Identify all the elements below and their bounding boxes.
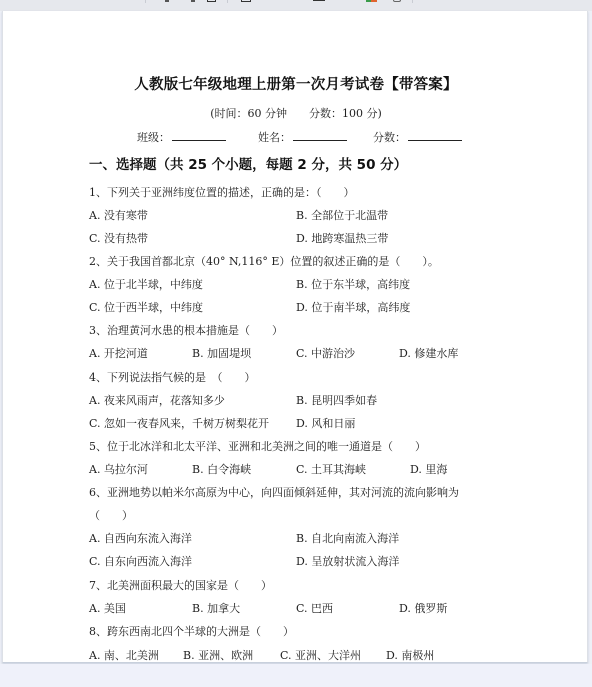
question-3-stem: 3、治理黄河水患的根本措施是（ ） [89,322,283,338]
question-5-option-d: D. 里海 [410,461,447,477]
class-field: 班级： [137,129,226,145]
name-blank [293,129,347,141]
question-8-stem: 8、跨东西南北四个半球的大洲是（ ） [89,623,294,639]
question-5-option-a: A. 乌拉尔河 [89,461,148,477]
class-label: 班级： [137,129,170,145]
toolbar-divider [412,0,413,3]
question-1-option-b: B. 全部位于北温带 [296,207,388,223]
question-4-option-b: B. 昆明四季如春 [296,392,377,408]
question-8-option-c: C. 亚洲、大洋州 [280,647,361,663]
question-5-option-c: C. 土耳其海峡 [296,461,366,477]
question-1-stem: 1、下列关于亚洲纬度位置的描述，正确的是：（ ） [89,184,355,200]
question-5-option-b: B. 白令海峡 [192,461,251,477]
student-info-fields: 班级： 姓名： 分数： [137,129,462,145]
question-3-option-b: B. 加固堤坝 [192,345,251,361]
question-7-option-c: C. 巴西 [296,600,333,616]
question-1-option-d: D. 地跨寒温热三带 [296,230,388,246]
question-4-option-a: A. 夜来风雨声，花落知多少 [89,392,225,408]
section-title: 一、选择题（共 25 个小题，每题 2 分，共 50 分） [89,153,407,173]
score-label: 分数： [373,129,406,145]
score-field: 分数： [373,129,462,145]
question-8-option-a: A. 南、北美洲 [89,647,159,663]
question-2-option-c: C. 位于西半球，中纬度 [89,299,203,315]
question-1-option-a: A. 没有寒带 [89,207,148,223]
question-8-option-b: B. 亚洲、欧洲 [183,647,253,663]
question-2-option-d: D. 位于南半球，高纬度 [296,299,410,315]
question-7-option-b: B. 加拿大 [192,600,240,616]
single-page-icon[interactable] [241,0,251,2]
toolbar-divider [145,0,146,3]
exam-subtitle: (时间：60 分钟 分数：100 分) [0,105,592,121]
question-1-option-c: C. 没有热带 [89,230,148,246]
name-label: 姓名： [258,129,291,145]
name-field: 姓名： [258,129,347,145]
question-7-stem: 7、北美洲面积最大的国家是（ ） [89,577,272,593]
score-blank [408,129,462,141]
fit-page-icon[interactable] [207,0,216,2]
question-4-option-c: C. 忽如一夜春风来，千树万树梨花开 [89,415,269,431]
question-6-stem-continued: （ ） [89,507,133,523]
question-7-option-d: D. 俄罗斯 [399,600,447,616]
underline-icon[interactable] [313,0,325,1]
question-6-option-c: C. 自东向西流入海洋 [89,553,192,569]
viewer-background [0,664,592,687]
question-6-option-a: A. 自西向东流入海洋 [89,530,192,546]
question-3-option-c: C. 中游治沙 [296,345,355,361]
class-blank [172,129,226,141]
question-2-stem: 2、关于我国首都北京（40° N,116° E）位置的叙述正确的是（ ）。 [89,253,439,269]
question-4-option-d: D. 风和日丽 [296,415,355,431]
question-6-stem: 6、亚洲地势以帕米尔高原为中心，向四面倾斜延伸，其对河流的流向影响为 [89,484,459,500]
question-4-stem: 4、下列说法指气候的是 （ ） [89,369,256,385]
viewer-toolbar [0,0,592,11]
rotate-icon[interactable] [393,0,401,2]
question-5-stem: 5、位于北冰洋和北太平洋、亚洲和北美洲之间的唯一通道是（ ） [89,438,426,454]
zoom-out-icon[interactable] [165,0,169,2]
exam-title: 人教版七年级地理上册第一次月考试卷【带答案】 [0,73,592,94]
color-orange-icon[interactable] [371,0,377,2]
question-7-option-a: A. 美国 [89,600,126,616]
question-3-option-a: A. 开挖河道 [89,345,148,361]
toolbar-divider [227,0,228,3]
question-2-option-b: B. 位于东半球，高纬度 [296,276,410,292]
question-6-option-d: D. 呈放射状流入海洋 [296,553,399,569]
question-8-option-d: D. 南极州 [386,647,434,663]
question-6-option-b: B. 自北向南流入海洋 [296,530,399,546]
zoom-in-icon[interactable] [191,0,195,2]
question-2-option-a: A. 位于北半球，中纬度 [89,276,203,292]
question-3-option-d: D. 修建水库 [399,345,458,361]
